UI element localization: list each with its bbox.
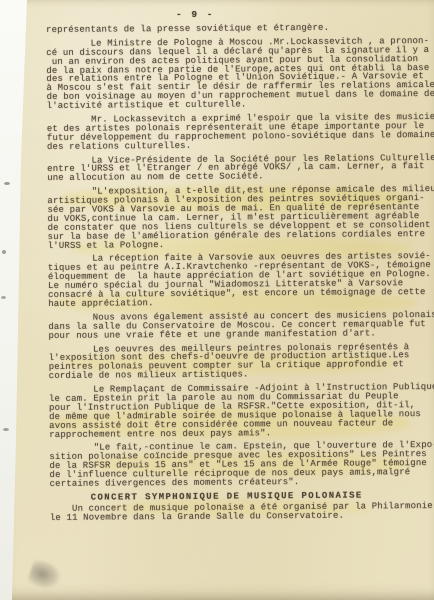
margin-speck <box>2 250 6 254</box>
paragraph: La réception faite à Varsovie aux oeuvre… <box>48 252 434 308</box>
paragraph: représentants de la presse soviétique et… <box>46 23 434 35</box>
paragraph: La Vice-Présidente de la Société pour le… <box>47 153 434 183</box>
paragraph: Mr. Lockassevitch a exprimé l'espoir que… <box>47 113 434 152</box>
scanned-document-page: - 9 - représentants de la presse soviéti… <box>0 0 434 600</box>
text-line: représentants de la presse soviétique et… <box>46 23 434 35</box>
margin-speck <box>1 296 6 299</box>
paragraph: Nous avons également assisté au concert … <box>48 311 434 341</box>
paragraph: "Le fait,-continue le cam. Epstein, que … <box>49 441 434 489</box>
paragraph: Les oeuvres des meilleurs peintres polon… <box>49 342 434 381</box>
text-line: pour nous une vraie fête et une grande m… <box>48 328 434 340</box>
text-line: le 11 Novembre dans la Grande Salle du C… <box>50 510 434 522</box>
paragraph: Un concert de musique polonaise a été or… <box>50 502 434 523</box>
text-line: l'activité artistique et culturelle. <box>47 99 434 111</box>
text-line: rapprochement entre nos deux pays amis". <box>49 427 434 439</box>
page-number: - 9 - <box>176 9 215 20</box>
paragraph: Le Ministre de Pologne à Moscou .Mr.Lock… <box>46 37 434 111</box>
text-block: représentants de la presse soviétique et… <box>46 23 434 528</box>
margin-speck <box>3 428 9 431</box>
paragraph: "L'exposition, a t-elle dit,est une répo… <box>47 185 434 250</box>
margin-speck <box>4 182 10 185</box>
text-line: une allocution au nom de cette Société. <box>47 171 434 183</box>
text-line: cordiale de nos milieux artistiques. <box>49 369 434 381</box>
text-line: certaines divergences des moments créate… <box>50 477 434 489</box>
text-line: haute appréciation. <box>48 297 434 309</box>
paragraph: Le Remplaçant de Commissaire -Adjoint à … <box>49 383 434 439</box>
